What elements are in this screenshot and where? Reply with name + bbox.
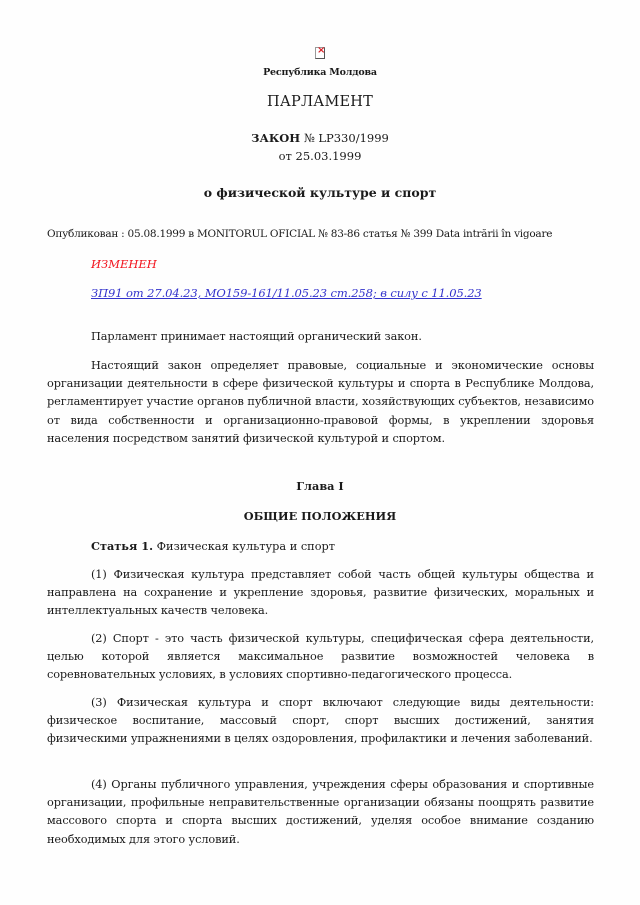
publication-info: Опубликован : 05.08.1999 в MONITORUL OFI…: [47, 228, 552, 240]
law-date: от 25.03.1999: [0, 149, 640, 163]
article-heading: Статья 1. Физическая культура и спорт: [91, 539, 335, 553]
article-label: Статья 1.: [91, 539, 153, 553]
law-number-line: ЗАКОН № LP330/1999: [0, 131, 640, 145]
amendment-link[interactable]: ЗП91 от 27.04.23, MO159-161/11.05.23 ст.…: [91, 286, 482, 300]
chapter-label: Глава I: [0, 479, 640, 493]
country-name: Республика Молдова: [0, 67, 640, 78]
preamble-paragraph: Настоящий закон определяет правовые, соц…: [47, 357, 594, 448]
article-paragraph: (2) Спорт - это часть физической культур…: [47, 630, 594, 685]
broken-image-icon: [315, 47, 325, 59]
article-title: Физическая культура и спорт: [157, 540, 335, 553]
chapter-title: ОБЩИЕ ПОЛОЖЕНИЯ: [0, 509, 640, 523]
article-paragraph: (3) Физическая культура и спорт включают…: [47, 694, 594, 749]
issuer-name: ПАРЛАМЕНТ: [0, 94, 640, 110]
modified-status: ИЗМЕНЕН: [91, 257, 157, 271]
article-paragraph: (1) Физическая культура представляет соб…: [47, 566, 594, 621]
law-title: о физической культуре и спорт: [0, 185, 640, 200]
law-number: № LP330/1999: [304, 131, 389, 145]
law-label: ЗАКОН: [251, 131, 300, 145]
preamble-paragraph: Парламент принимает настоящий органическ…: [47, 328, 594, 346]
article-paragraph: (4) Органы публичного управления, учрежд…: [47, 776, 594, 849]
